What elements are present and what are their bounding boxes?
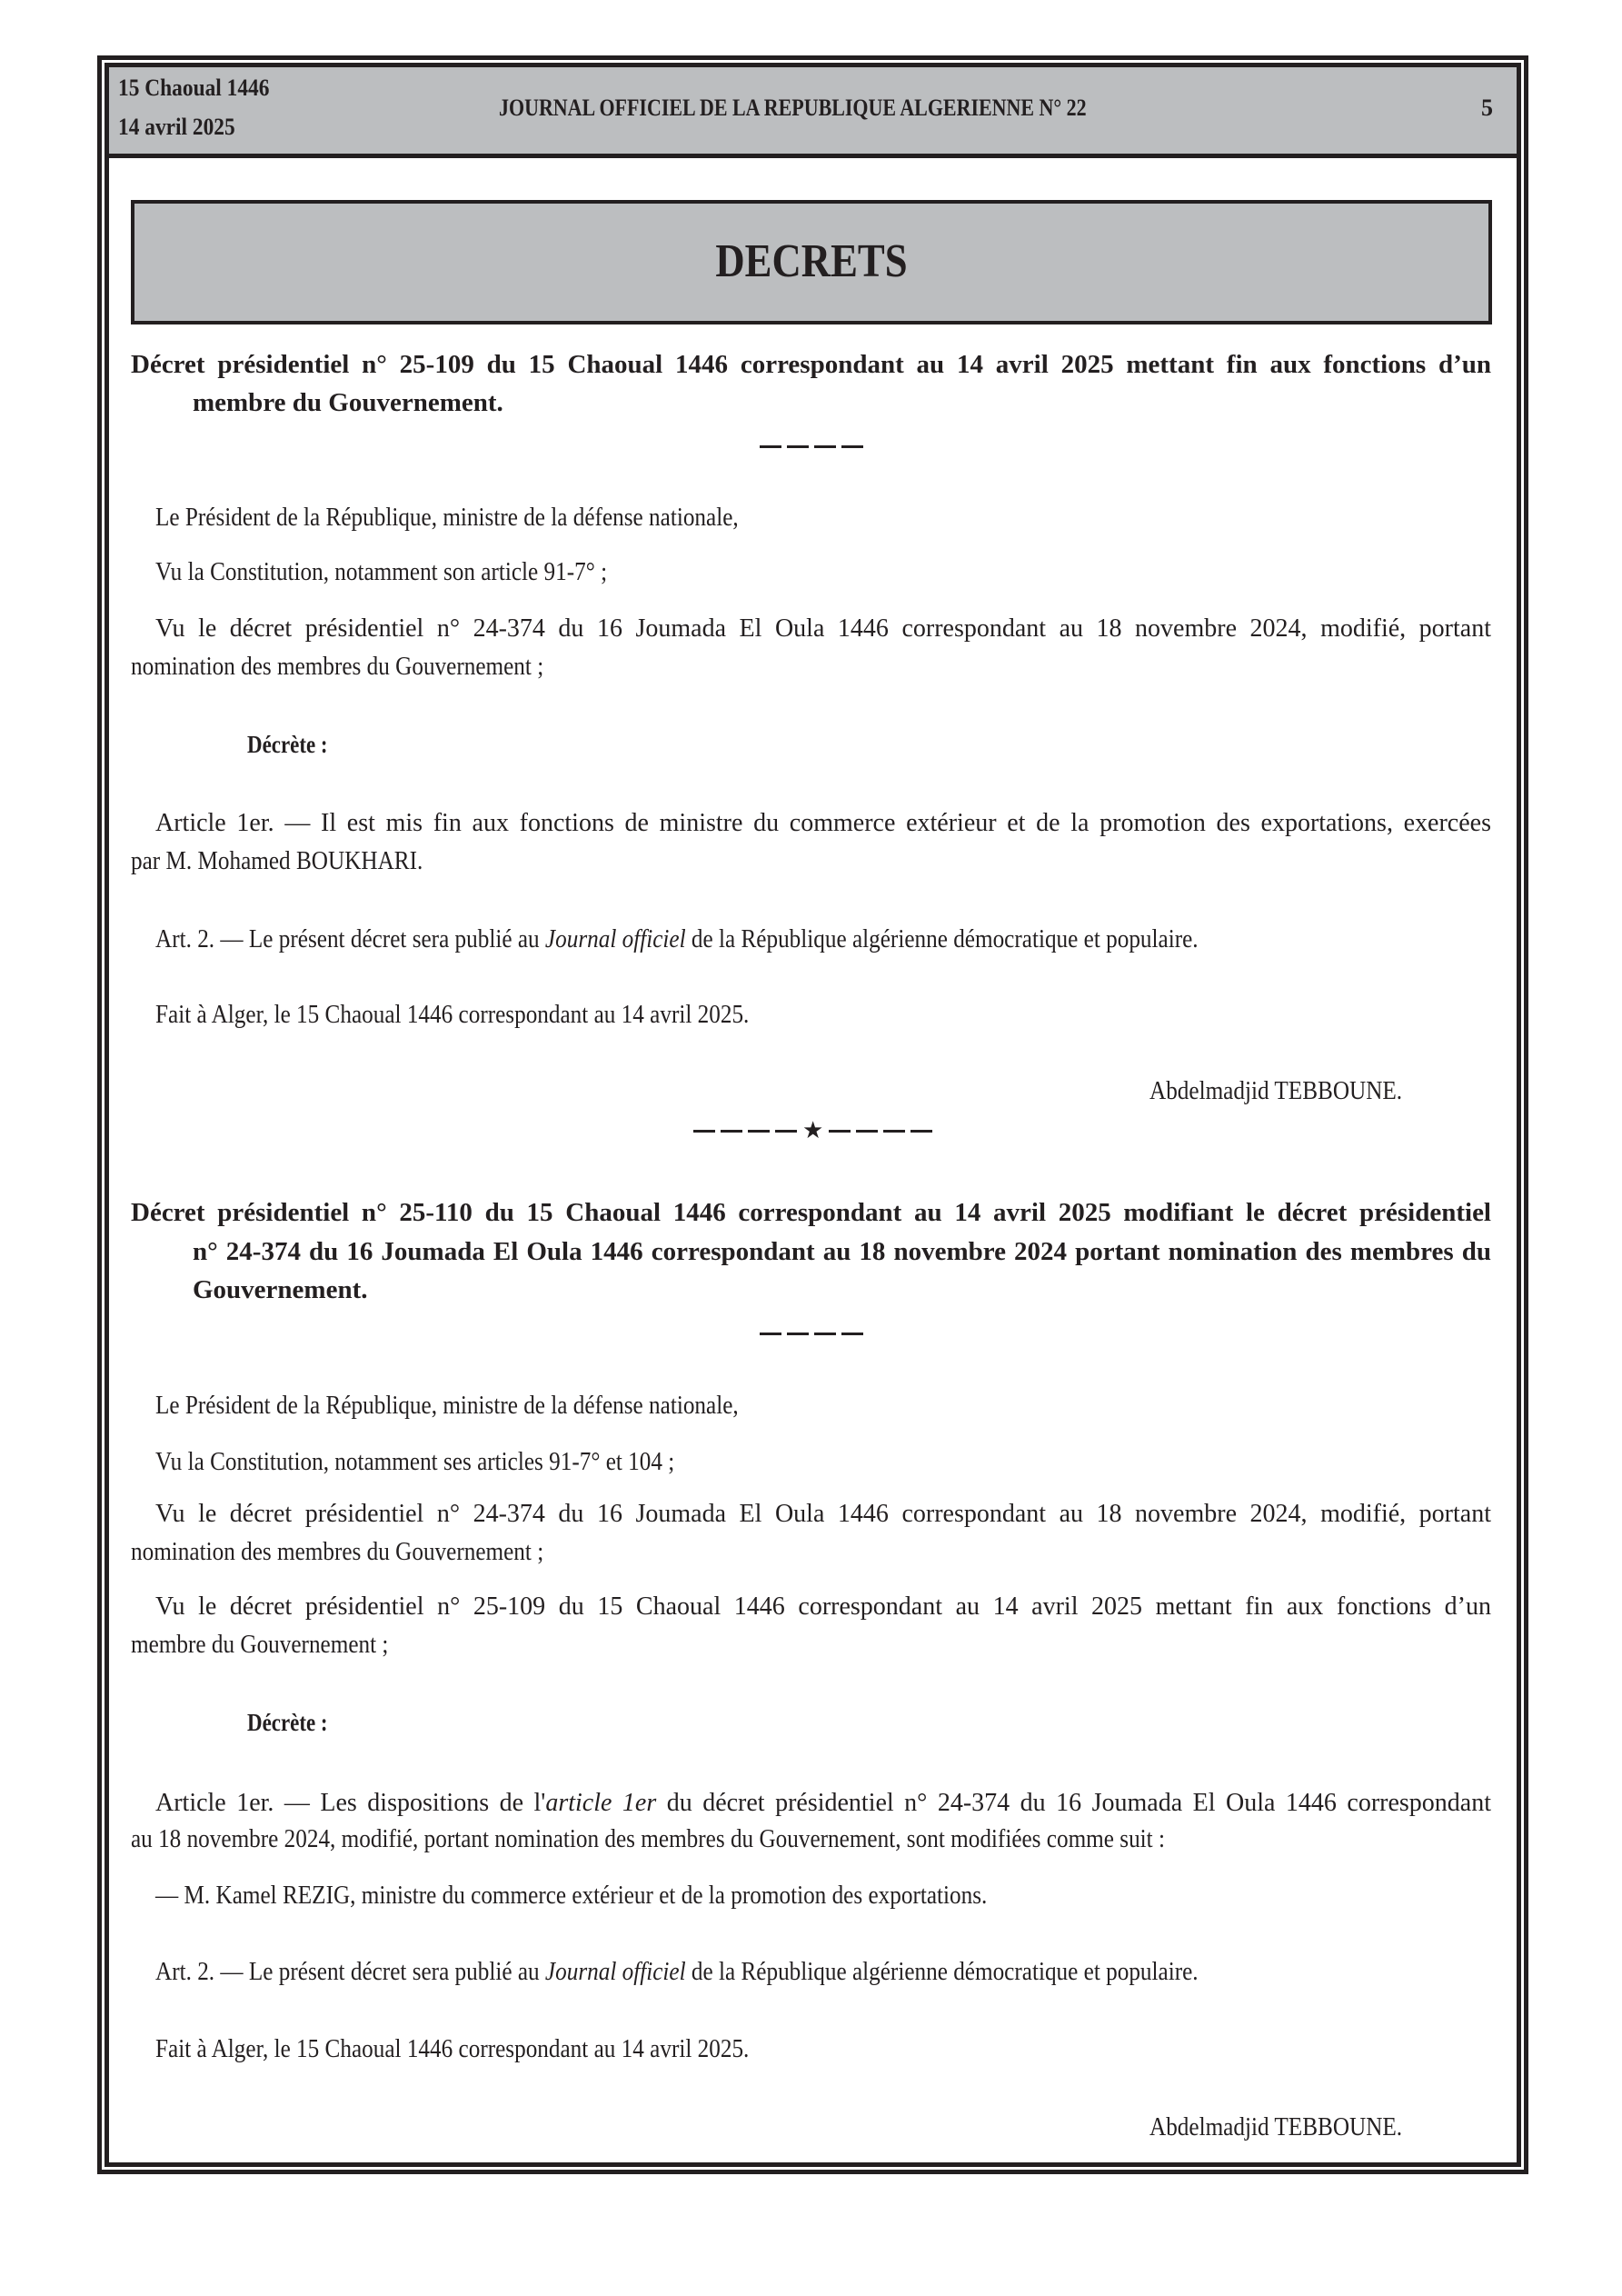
decrete-label: Décrète :: [247, 733, 328, 757]
article-text: Article 1er. — Les dispositions de l': [155, 1789, 545, 1817]
section-title: DECRETS: [229, 238, 1393, 285]
header-gregorian-date: 14 avril 2025: [118, 115, 235, 139]
decree-title-line: n° 24-374 du 16 Joumada El Oula 1446 cor…: [193, 1239, 1491, 1265]
signature: Abdelmadjid TEBBOUNE.: [1149, 1079, 1402, 1104]
preamble-line: membre du Gouvernement ;: [131, 1632, 388, 1658]
preamble-line: Vu le décret présidentiel n° 24-374 du 1…: [155, 1502, 1491, 1527]
appointment-item: — M. Kamel REZIG, ministre du commerce e…: [155, 1883, 987, 1909]
title-separator-dashes: [760, 445, 863, 448]
preamble-line: Vu le décret présidentiel n° 24-374 du 1…: [155, 616, 1491, 642]
article-reference-italic: article 1er: [545, 1789, 656, 1817]
preamble-line: Le Président de la République, ministre …: [155, 1393, 739, 1419]
preamble-line: nomination des membres du Gouvernement ;: [131, 654, 543, 680]
done-at-line: Fait à Alger, le 15 Chaoual 1446 corresp…: [155, 1003, 749, 1028]
article-line: Article 1er. — Les dispositions de l'art…: [155, 1791, 1491, 1816]
article-line: Art. 2. — Le présent décret sera publié …: [155, 927, 1199, 953]
title-separator-dashes: [760, 1333, 863, 1335]
decree-title-line: Décret présidentiel n° 25-109 du 15 Chao…: [131, 352, 1491, 378]
preamble-line: Vu la Constitution, notamment son articl…: [155, 560, 607, 585]
decree-title-line: membre du Gouvernement.: [193, 390, 503, 416]
preamble-line: Vu la Constitution, notamment ses articl…: [155, 1450, 674, 1475]
decrete-label: Décrète :: [247, 1711, 328, 1735]
article-line: Article 1er. — Il est mis fin aux foncti…: [155, 811, 1491, 836]
decree-separator: ★: [693, 1119, 932, 1143]
preamble-line: nomination des membres du Gouvernement ;: [131, 1540, 543, 1565]
article-text: de la République algérienne démocratique…: [686, 925, 1199, 953]
header-journal-title: JOURNAL OFFICIEL DE LA REPUBLIQUE ALGERI…: [499, 96, 1087, 120]
journal-officiel-italic: Journal officiel: [545, 1958, 686, 1986]
journal-officiel-italic: Journal officiel: [545, 925, 686, 953]
running-header: 15 Chaoual 1446 14 avril 2025 JOURNAL OF…: [109, 67, 1517, 158]
decree-title-line: Gouvernement.: [193, 1277, 368, 1303]
preamble-line: Vu le décret présidentiel n° 25-109 du 1…: [155, 1594, 1491, 1620]
done-at-line: Fait à Alger, le 15 Chaoual 1446 corresp…: [155, 2037, 749, 2062]
article-text: de la République algérienne démocratique…: [686, 1958, 1199, 1986]
article-text: du décret présidentiel n° 24-374 du 16 J…: [656, 1789, 1491, 1817]
preamble-line: Le Président de la République, ministre …: [155, 505, 739, 531]
header-page-number: 5: [1481, 96, 1493, 120]
section-title-box: DECRETS: [131, 200, 1492, 324]
signature: Abdelmadjid TEBBOUNE.: [1149, 2115, 1402, 2141]
decree-title-line: Décret présidentiel n° 25-110 du 15 Chao…: [131, 1200, 1491, 1226]
star-icon: ★: [802, 1119, 823, 1143]
article-line: au 18 novembre 2024, modifié, portant no…: [131, 1827, 1165, 1852]
header-hijri-date: 15 Chaoual 1446: [118, 76, 269, 100]
article-line: par M. Mohamed BOUKHARI.: [131, 849, 423, 874]
article-text: Art. 2. — Le présent décret sera publié …: [155, 1958, 545, 1986]
article-text: Art. 2. — Le présent décret sera publié …: [155, 925, 545, 953]
article-line: Art. 2. — Le présent décret sera publié …: [155, 1960, 1199, 1985]
